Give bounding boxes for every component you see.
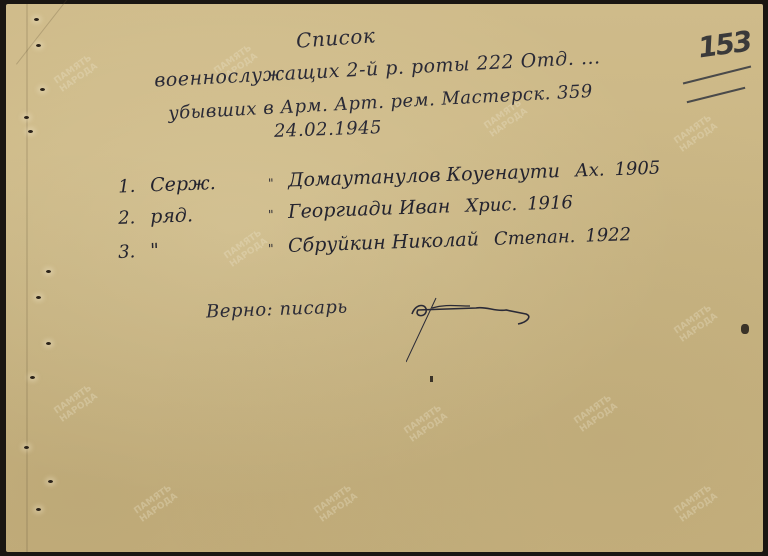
signature-icon <box>406 294 536 364</box>
binding-hole <box>24 116 29 119</box>
ditto-mark: " <box>268 207 288 222</box>
binding-hole <box>36 508 41 511</box>
watermark: ПАМЯТЬ НАРОДА <box>666 109 727 160</box>
watermark: ПАМЯТЬ НАРОДА <box>306 479 367 530</box>
entry-rank: ряд. <box>150 202 269 228</box>
entry-number: 2. <box>118 207 151 229</box>
archive-underline <box>683 66 751 85</box>
binding-hole <box>46 342 51 345</box>
list-item: 1.Серж."Домаутанулов Коуенаути Ах.1905 <box>118 157 661 198</box>
binding-hole <box>28 130 33 133</box>
ditto-mark: " <box>268 176 288 191</box>
entry-patronymic: Степан. <box>494 226 576 250</box>
entry-rank: Серж. <box>150 170 269 196</box>
entry-number: 1. <box>118 175 151 197</box>
entry-year: 1905 <box>614 158 661 181</box>
entry-name: Домаутанулов Коуенаути <box>288 160 561 191</box>
binding-hole <box>48 480 53 483</box>
archive-number: 153 <box>696 25 753 65</box>
watermark: ПАМЯТЬ НАРОДА <box>46 379 107 430</box>
entry-year: 1922 <box>585 224 632 247</box>
watermark: ПАМЯТЬ НАРОДА <box>126 479 187 530</box>
entry-rank: " <box>150 236 269 262</box>
watermark: ПАМЯТЬ НАРОДА <box>566 389 627 440</box>
binding-hole <box>24 446 29 449</box>
entry-name: Георгиади Иван <box>288 195 451 223</box>
entry-name: Сбруйкин Николай <box>288 228 480 257</box>
binding-hole <box>40 88 45 91</box>
binding-hole <box>46 270 51 273</box>
document-date: 24.02.1945 <box>274 117 383 142</box>
binding-hole <box>36 44 41 47</box>
list-item: 2.ряд."Георгиади Иван Хрис.1916 <box>118 191 574 229</box>
ditto-mark: " <box>268 241 288 256</box>
binding-hole <box>34 18 39 21</box>
watermark: ПАМЯТЬ НАРОДА <box>46 49 107 100</box>
watermark: ПАМЯТЬ НАРОДА <box>666 299 727 350</box>
document-page: ПАМЯТЬ НАРОДА ПАМЯТЬ НАРОДА ПАМЯТЬ НАРОД… <box>6 4 763 552</box>
watermark: ПАМЯТЬ НАРОДА <box>666 479 727 530</box>
binding-hole <box>30 376 35 379</box>
entry-number: 3. <box>118 241 151 263</box>
archive-underline <box>687 87 746 103</box>
entry-patronymic: Хрис. <box>465 194 517 217</box>
certification-text: Верно: писарь <box>206 297 348 323</box>
watermark: ПАМЯТЬ НАРОДА <box>396 399 457 450</box>
ink-speck <box>430 376 433 382</box>
document-title: Список <box>295 23 376 52</box>
ink-blot <box>741 324 749 334</box>
binding-hole <box>36 296 41 299</box>
fold-line <box>26 4 28 552</box>
list-item: 3.""Сбруйкин Николай Степан.1922 <box>118 223 632 263</box>
entry-year: 1916 <box>527 192 574 215</box>
entry-patronymic: Ах. <box>575 159 605 181</box>
